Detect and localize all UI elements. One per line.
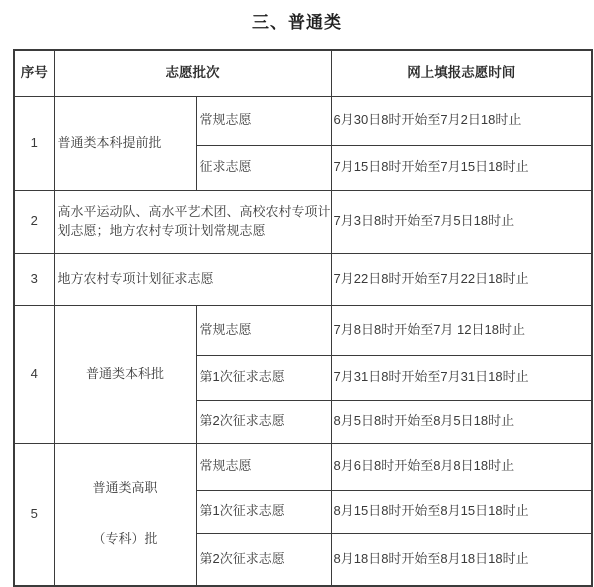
cell-batch: 地方农村专项计划征求志愿 [54, 253, 331, 305]
cell-batch-line1: 普通类高职 [55, 479, 196, 498]
table-row: 4 普通类本科批 常规志愿 7月8日8时开始至7月 12日18时止 [14, 305, 592, 355]
cell-batch: 普通类本科提前批 [54, 96, 196, 190]
cell-no: 5 [14, 443, 54, 586]
cell-batch: 普通类高职 （专科）批 [54, 443, 196, 586]
cell-time: 8月18日8时开始至8月18日18时止 [331, 533, 592, 586]
cell-batch: 普通类本科批 [54, 305, 196, 443]
cell-sub-batch: 第1次征求志愿 [196, 355, 331, 400]
cell-sub-batch: 常规志愿 [196, 443, 331, 490]
cell-time: 7月8日8时开始至7月 12日18时止 [331, 305, 592, 355]
cell-sub-batch: 第2次征求志愿 [196, 533, 331, 586]
cell-sub-batch: 第1次征求志愿 [196, 490, 331, 533]
cell-batch: 高水平运动队、高水平艺术团、高校农村专项计划志愿；地方农村专项计划常规志愿 [54, 190, 331, 253]
schedule-table: 序号 志愿批次 网上填报志愿时间 1 普通类本科提前批 常规志愿 6月30日8时… [13, 49, 593, 587]
cell-time: 8月6日8时开始至8月8日18时止 [331, 443, 592, 490]
cell-time: 6月30日8时开始至7月2日18时止 [331, 96, 592, 145]
page-title: 三、普通类 [0, 0, 594, 33]
cell-no: 4 [14, 305, 54, 443]
cell-no: 1 [14, 96, 54, 190]
table-row: 1 普通类本科提前批 常规志愿 6月30日8时开始至7月2日18时止 [14, 96, 592, 145]
cell-time: 8月5日8时开始至8月5日18时止 [331, 400, 592, 443]
header-cell-no: 序号 [14, 50, 54, 96]
cell-sub-batch: 第2次征求志愿 [196, 400, 331, 443]
table-row: 2 高水平运动队、高水平艺术团、高校农村专项计划志愿；地方农村专项计划常规志愿 … [14, 190, 592, 253]
cell-time: 7月31日8时开始至7月31日18时止 [331, 355, 592, 400]
cell-batch-line2: （专科）批 [55, 530, 196, 549]
cell-sub-batch: 常规志愿 [196, 96, 331, 145]
cell-time: 8月15日8时开始至8月15日18时止 [331, 490, 592, 533]
cell-time: 7月3日8时开始至7月5日18时止 [331, 190, 592, 253]
table-row: 5 普通类高职 （专科）批 常规志愿 8月6日8时开始至8月8日18时止 [14, 443, 592, 490]
cell-no: 2 [14, 190, 54, 253]
header-cell-time: 网上填报志愿时间 [331, 50, 592, 96]
table-row: 3 地方农村专项计划征求志愿 7月22日8时开始至7月22日18时止 [14, 253, 592, 305]
cell-no: 3 [14, 253, 54, 305]
cell-time: 7月15日8时开始至7月15日18时止 [331, 145, 592, 190]
header-cell-batch: 志愿批次 [54, 50, 331, 96]
header-row: 序号 志愿批次 网上填报志愿时间 [14, 50, 592, 96]
cell-sub-batch: 征求志愿 [196, 145, 331, 190]
cell-sub-batch: 常规志愿 [196, 305, 331, 355]
cell-time: 7月22日8时开始至7月22日18时止 [331, 253, 592, 305]
